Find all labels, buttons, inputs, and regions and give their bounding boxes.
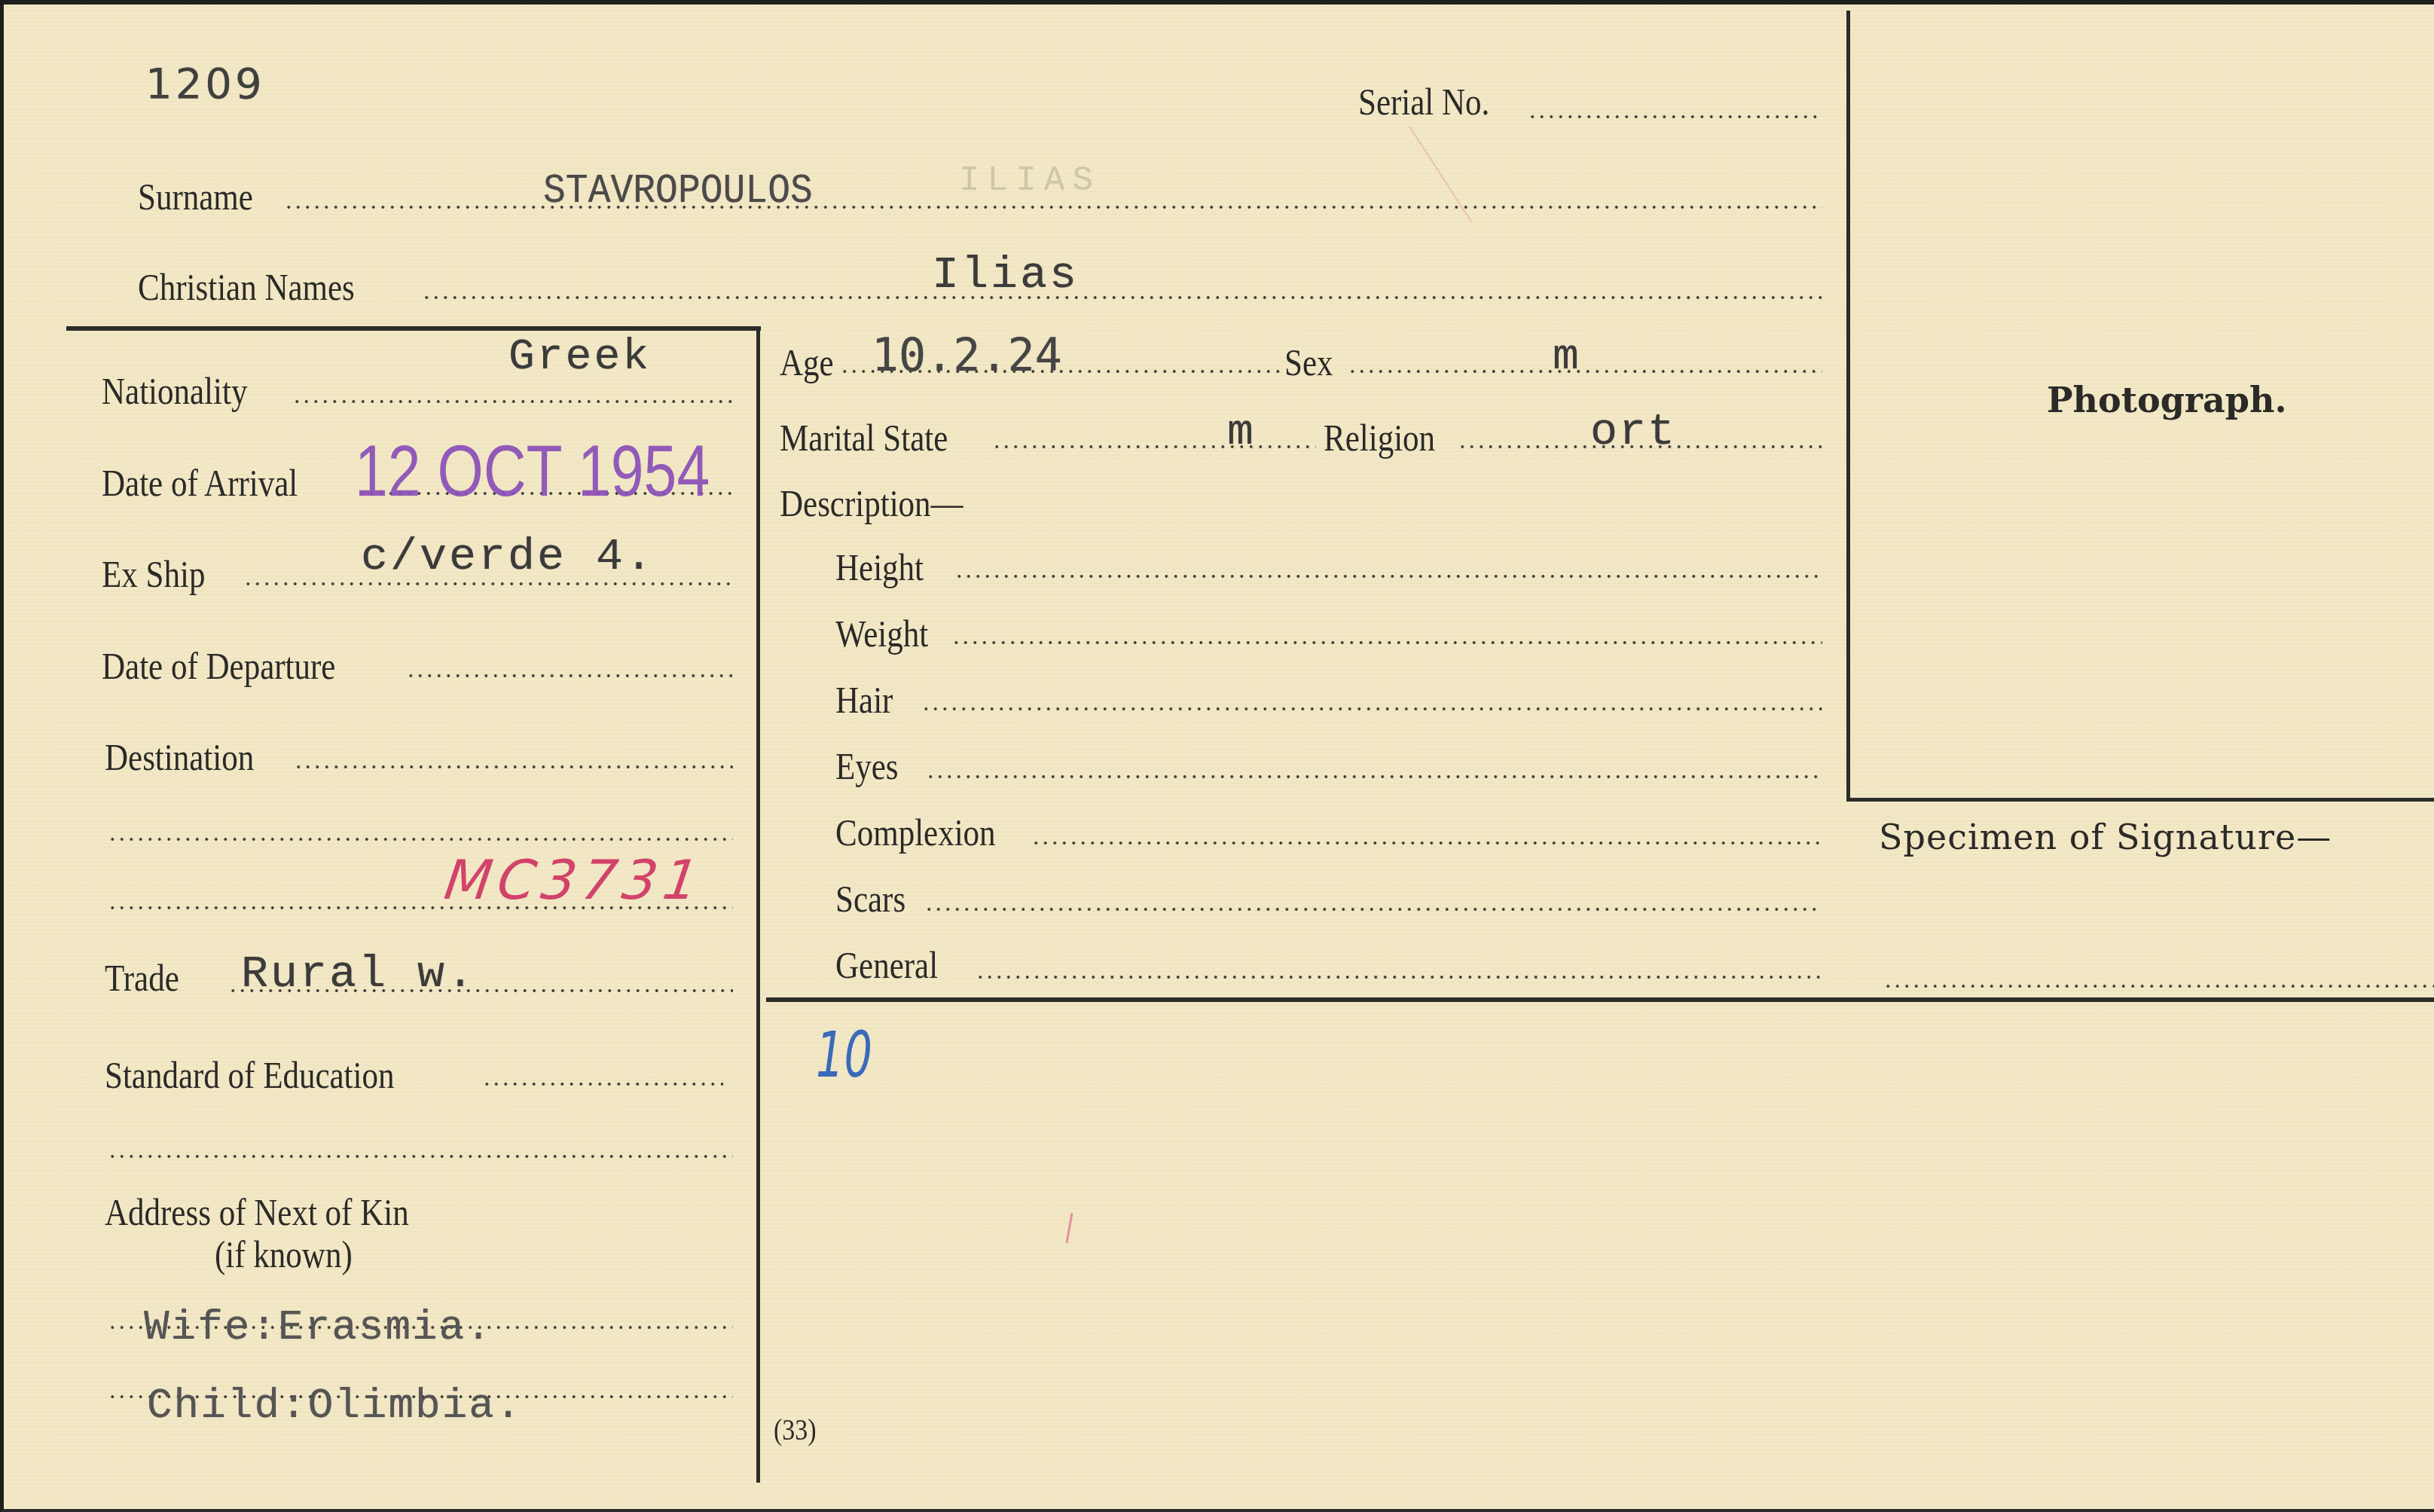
serial-no-label: Serial No. — [1358, 83, 1489, 121]
scars-label: Scars — [835, 880, 905, 918]
hair-label: Hair — [835, 681, 893, 719]
photo-box-bottom-border — [1846, 798, 2434, 802]
standard-of-education-extra-line[interactable] — [108, 1154, 733, 1159]
handwritten-reference: MC3731 — [441, 853, 708, 907]
nationality-label: Nationality — [102, 372, 247, 410]
surname-label: Surname — [138, 178, 253, 215]
date-of-departure-field[interactable] — [406, 674, 733, 678]
religion-value: ort — [1590, 410, 1676, 455]
next-of-kin-sublabel: (if known) — [215, 1236, 353, 1273]
trade-value: Rural w. — [241, 952, 476, 997]
description-label: Description— — [780, 484, 964, 522]
religion-label: Religion — [1324, 419, 1435, 457]
ex-ship-label: Ex Ship — [102, 555, 205, 593]
photograph-area[interactable] — [1851, 11, 2434, 798]
serial-no-field[interactable] — [1528, 115, 1822, 119]
standard-of-education-label: Standard of Education — [105, 1056, 395, 1094]
red-pencil-mark — [1066, 1213, 1073, 1243]
marital-state-value: m — [1227, 411, 1254, 455]
general-field[interactable] — [976, 975, 1822, 979]
age-label: Age — [780, 344, 834, 381]
weight-label: Weight — [835, 615, 928, 652]
ex-ship-value: c/verde 4. — [361, 535, 655, 580]
general-label: General — [835, 946, 938, 984]
nationality-field[interactable] — [292, 399, 733, 404]
description-bottom-rule — [766, 997, 2434, 1002]
next-of-kin-value-2: Child:Olimbia. — [147, 1385, 522, 1427]
height-label: Height — [835, 548, 924, 586]
height-field[interactable] — [954, 574, 1822, 579]
surname-field[interactable] — [284, 205, 1822, 209]
surname-ghost-text: ILIAS — [959, 161, 1101, 200]
christian-names-field[interactable] — [422, 295, 1822, 300]
trade-label: Trade — [105, 959, 179, 997]
complexion-field[interactable] — [1031, 841, 1822, 845]
destination-extra-line-1[interactable] — [108, 837, 733, 842]
sex-label: Sex — [1284, 344, 1333, 381]
destination-field[interactable] — [294, 765, 733, 769]
hair-field[interactable] — [921, 707, 1822, 711]
weight-field[interactable] — [951, 640, 1822, 645]
blue-pencil-note: 10 — [816, 1023, 872, 1086]
complexion-label: Complexion — [835, 814, 996, 851]
alien-registration-card: 1209 Serial No. Surname ILIAS STAVROPOUL… — [0, 0, 2434, 1512]
surname-value: STAVROPOULOS — [543, 172, 813, 212]
marital-state-field[interactable] — [992, 444, 1316, 449]
date-of-arrival-label: Date of Arrival — [102, 464, 298, 502]
nationality-value: Greek — [508, 336, 651, 380]
photo-box-left-border — [1846, 11, 1850, 802]
standard-of-education-field[interactable] — [482, 1082, 723, 1086]
card-number: 1209 — [145, 63, 265, 105]
scars-field[interactable] — [924, 907, 1822, 912]
date-of-arrival-stamp: 12 OCT 1954 — [355, 435, 710, 508]
destination-label: Destination — [105, 738, 254, 776]
left-middle-divider — [756, 326, 760, 1483]
next-of-kin-value-1: Wife:Erasmia. — [144, 1306, 493, 1349]
age-value: 10.2.24 — [872, 333, 1062, 378]
signature-field[interactable] — [1883, 984, 2434, 988]
eyes-label: Eyes — [835, 747, 899, 785]
marital-state-label: Marital State — [780, 419, 948, 457]
signature-label: Specimen of Signature— — [1879, 820, 2332, 854]
date-of-departure-label: Date of Departure — [102, 647, 335, 685]
eyes-field[interactable] — [926, 774, 1822, 779]
christian-names-label: Christian Names — [138, 268, 355, 306]
form-number: (33) — [774, 1412, 817, 1447]
sex-value: m — [1553, 336, 1579, 380]
sex-field[interactable] — [1348, 369, 1822, 374]
left-top-rule — [66, 326, 761, 331]
next-of-kin-label: Address of Next of Kin — [105, 1193, 409, 1231]
christian-names-value: Ilias — [932, 253, 1079, 298]
